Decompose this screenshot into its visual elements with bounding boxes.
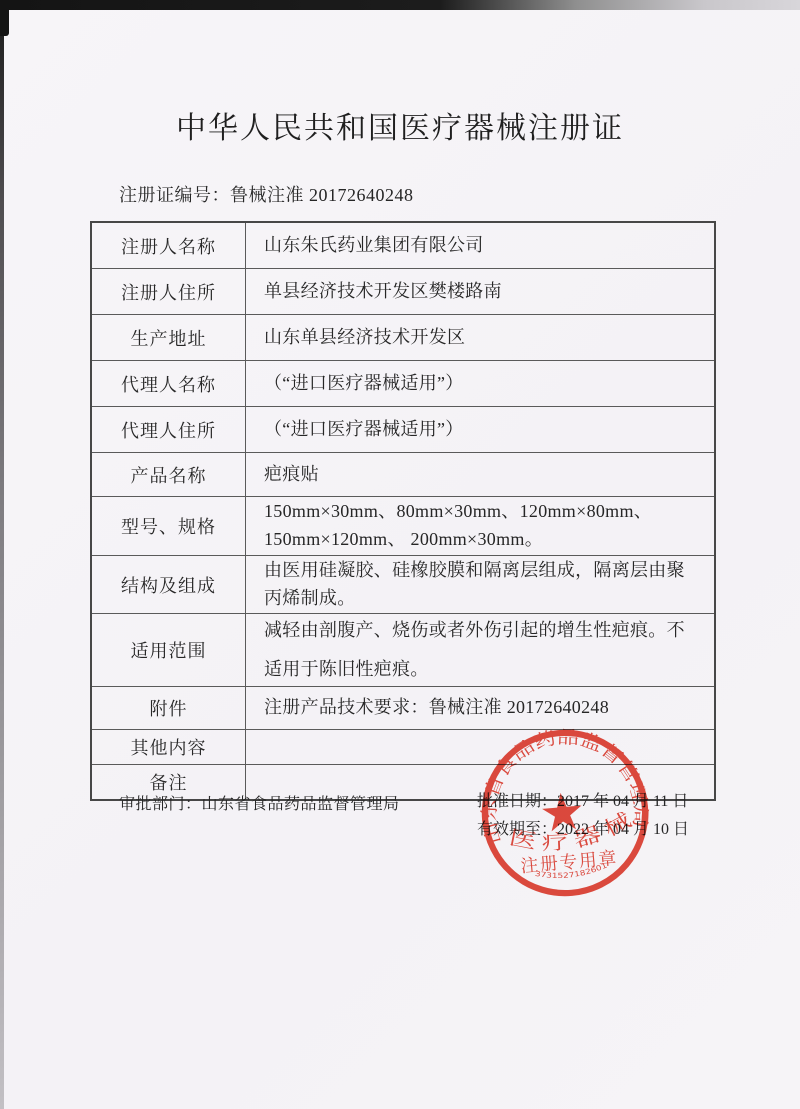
seal-graphic: 山东省食品药品监督管理局 ★ 医 疗 器 械 注册专用章 37315271826… <box>469 717 662 910</box>
certificate-title: 中华人民共和国医疗器械注册证 <box>0 103 800 147</box>
row-label: 型号、规格 <box>92 497 246 555</box>
table-row-model-spec: 型号、规格 150mm×30mm、80mm×30mm、120mm×80mm、15… <box>92 497 714 556</box>
scan-edge-top <box>0 0 800 10</box>
row-value: 150mm×30mm、80mm×30mm、120mm×80mm、150mm×12… <box>246 497 714 555</box>
table-row-agent-name: 代理人名称 （“进口医疗器械适用”） <box>92 361 714 407</box>
table-row-registrant-name: 注册人名称 山东朱氏药业集团有限公司 <box>92 223 714 269</box>
certificate-number-value: 鲁械注准 20172640248 <box>230 185 414 205</box>
row-label: 附件 <box>92 687 246 729</box>
row-label: 结构及组成 <box>92 556 246 613</box>
table-row-production-address: 生产地址 山东单县经济技术开发区 <box>92 315 714 361</box>
approval-department: 审批部门：山东省食品药品监督管理局 <box>119 791 400 814</box>
row-value: 减轻由剖腹产、烧伤或者外伤引起的增生性疤痕。不适用于陈旧性疤痕。 <box>246 614 714 686</box>
table-row-agent-address: 代理人住所 （“进口医疗器械适用”） <box>92 407 714 453</box>
row-value: （“进口医疗器械适用”） <box>246 407 714 452</box>
table-row-scope: 适用范围 减轻由剖腹产、烧伤或者外伤引起的增生性疤痕。不适用于陈旧性疤痕。 <box>92 614 714 687</box>
certificate-number-line: 注册证编号：鲁械注准 20172640248 <box>119 181 414 207</box>
row-value: 由医用硅凝胶、硅橡胶膜和隔离层组成，隔离层由聚丙烯制成。 <box>246 556 714 613</box>
row-value: 疤痕贴 <box>246 453 714 496</box>
scanned-certificate-page: 中华人民共和国医疗器械注册证 注册证编号：鲁械注准 20172640248 注册… <box>0 0 800 1109</box>
official-seal-stamp: 山东省食品药品监督管理局 ★ 医 疗 器 械 注册专用章 37315271826… <box>469 717 662 910</box>
row-label: 代理人住所 <box>92 407 246 452</box>
scan-edge-left <box>0 0 4 1109</box>
certificate-number-label: 注册证编号： <box>119 185 230 205</box>
row-label: 代理人名称 <box>92 361 246 406</box>
registration-table: 注册人名称 山东朱氏药业集团有限公司 注册人住所 单县经济技术开发区樊楼路南 生… <box>90 221 716 801</box>
row-value: （“进口医疗器械适用”） <box>246 361 714 406</box>
row-label: 注册人名称 <box>92 223 246 268</box>
row-label: 注册人住所 <box>92 269 246 314</box>
table-row-product-name: 产品名称 疤痕贴 <box>92 453 714 497</box>
table-row-registrant-address: 注册人住所 单县经济技术开发区樊楼路南 <box>92 269 714 315</box>
row-value: 山东单县经济技术开发区 <box>246 315 714 360</box>
scan-edge-corner <box>0 0 9 36</box>
row-value: 山东朱氏药业集团有限公司 <box>246 223 714 268</box>
row-label: 生产地址 <box>92 315 246 360</box>
table-row-structure: 结构及组成 由医用硅凝胶、硅橡胶膜和隔离层组成，隔离层由聚丙烯制成。 <box>92 556 714 614</box>
row-value: 单县经济技术开发区樊楼路南 <box>246 269 714 314</box>
row-label: 其他内容 <box>92 730 246 764</box>
row-label: 产品名称 <box>92 453 246 496</box>
row-label: 适用范围 <box>92 614 246 686</box>
